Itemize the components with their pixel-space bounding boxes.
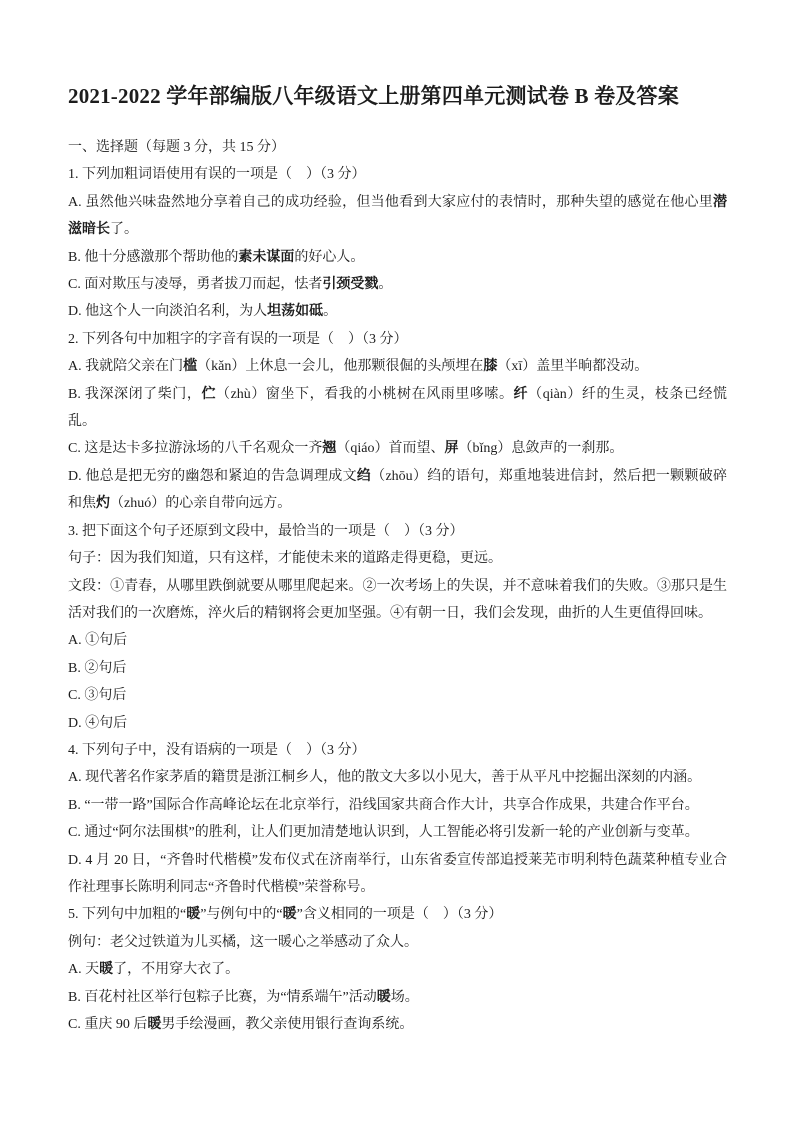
q3-option-d: D. ④句后 bbox=[68, 710, 727, 737]
text-run: B. ②句后 bbox=[68, 661, 126, 676]
text-run: B. 我深深闭了柴门， bbox=[68, 387, 201, 402]
text-run: 了。 bbox=[110, 222, 138, 237]
text-run: 的好心人。 bbox=[294, 250, 364, 265]
text-run: 例句：老父过铁道为儿买橘，这一暖心之举感动了众人。 bbox=[68, 935, 418, 950]
text-run: D. 他总是把无穷的幽怨和紧迫的告急调理成文 bbox=[68, 469, 357, 484]
text-run: B. 他十分感激那个帮助他的 bbox=[68, 250, 238, 265]
text-run: （zhuó）的心亲自带向远方。 bbox=[110, 496, 291, 511]
q1-option-b: B. 他十分感激那个帮助他的素未谋面的好心人。 bbox=[68, 244, 727, 271]
bold-term: 膝 bbox=[483, 359, 497, 374]
text-run: 1. 下列加粗词语使用有误的一项是（ ）（3 分） bbox=[68, 167, 366, 182]
text-run: A. 现代著名作家茅盾的籍贯是浙江桐乡人，他的散文大多以小见大，善于从平凡中挖掘… bbox=[68, 770, 701, 785]
q3-stem: 3. 把下面这个句子还原到文段中，最恰当的一项是（ ）（3 分） bbox=[68, 518, 727, 545]
bold-term: 素未谋面 bbox=[238, 250, 294, 265]
text-run: （qiáo）首而望、 bbox=[336, 441, 444, 456]
q4-stem: 4. 下列句子中，没有语病的一项是（ ）（3 分） bbox=[68, 737, 727, 764]
q1-option-d: D. 他这个人一向淡泊名利，为人坦荡如砥。 bbox=[68, 298, 727, 325]
bold-term: 暖 bbox=[377, 990, 391, 1005]
text-run: （xī）盖里半晌都没动。 bbox=[497, 359, 648, 374]
text-run: 。 bbox=[323, 304, 337, 319]
text-run: C. 这是达卡多拉游泳场的八千名观众一齐 bbox=[68, 441, 322, 456]
bold-term: 暖 bbox=[283, 907, 297, 922]
text-run: （bǐng）息敛声的一刹那。 bbox=[458, 441, 623, 456]
q5-option-a: A. 天暖了，不用穿大衣了。 bbox=[68, 956, 727, 983]
bold-term: 槛 bbox=[183, 359, 197, 374]
q3-passage: 文段：①青春，从哪里跌倒就要从哪里爬起来。②一次考场上的失误，并不意味着我们的失… bbox=[68, 573, 727, 628]
text-run: ”与例句中的“ bbox=[200, 907, 282, 922]
page-title: 2021-2022 学年部编版八年级语文上册第四单元测试卷 B 卷及答案 bbox=[68, 80, 727, 112]
q2-stem: 2. 下列各句中加粗字的字音有误的一项是（ ）（3 分） bbox=[68, 326, 727, 353]
q2-option-a: A. 我就陪父亲在门槛（kǎn）上休息一会儿，他那颗很倔的头颅埋在膝（xī）盖里… bbox=[68, 353, 727, 380]
text-run: A. ①句后 bbox=[68, 633, 127, 648]
text-run: D. ④句后 bbox=[68, 716, 127, 731]
text-run: D. 他这个人一向淡泊名利，为人 bbox=[68, 304, 267, 319]
bold-term: 伫 bbox=[201, 387, 216, 402]
text-run: 。 bbox=[378, 277, 392, 292]
text-run: 句子：因为我们知道，只有这样，才能使未来的道路走得更稳，更远。 bbox=[68, 551, 502, 566]
text-run: ”含义相同的一项是（ ）（3 分） bbox=[297, 907, 503, 922]
q3-sentence: 句子：因为我们知道，只有这样，才能使未来的道路走得更稳，更远。 bbox=[68, 545, 727, 572]
q5-option-b: B. 百花村社区举行包粽子比赛，为“情系端午”活动暖场。 bbox=[68, 984, 727, 1011]
text-run: A. 我就陪父亲在门 bbox=[68, 359, 183, 374]
text-run: B. 百花村社区举行包粽子比赛，为“情系端午”活动 bbox=[68, 990, 377, 1005]
q4-option-d: D. 4 月 20 日，“齐鲁时代楷模”发布仪式在济南举行，山东省委宣传部追授莱… bbox=[68, 847, 727, 902]
bold-term: 翘 bbox=[322, 441, 336, 456]
text-run: 文段：①青春，从哪里跌倒就要从哪里爬起来。②一次考场上的失误，并不意味着我们的失… bbox=[68, 579, 727, 621]
q1-option-c: C. 面对欺压与凌辱，勇者拔刀而起，怯者引颈受戮。 bbox=[68, 271, 727, 298]
bold-term: 屏 bbox=[444, 441, 458, 456]
text-run: 男手绘漫画，教父亲使用银行查询系统。 bbox=[161, 1017, 413, 1032]
bold-term: 灼 bbox=[96, 496, 110, 511]
text-run: （zhù）窗坐下，看我的小桃树在风雨里哆嗦。 bbox=[216, 387, 514, 402]
text-run: 2. 下列各句中加粗字的字音有误的一项是（ ）（3 分） bbox=[68, 332, 408, 347]
document-page: 2021-2022 学年部编版八年级语文上册第四单元测试卷 B 卷及答案 一、选… bbox=[0, 0, 793, 1122]
q4-option-c: C. 通过“阿尔法围棋”的胜利，让人们更加清楚地认识到，人工智能必将引发新一轮的… bbox=[68, 819, 727, 846]
text-run: A. 虽然他兴味盎然地分享着自己的成功经验，但当他看到大家应付的表情时，那种失望… bbox=[68, 195, 713, 210]
text-run: 3. 把下面这个句子还原到文段中，最恰当的一项是（ ）（3 分） bbox=[68, 524, 464, 539]
q2-option-c: C. 这是达卡多拉游泳场的八千名观众一齐翘（qiáo）首而望、屏（bǐng）息敛… bbox=[68, 435, 727, 462]
text-run: D. 4 月 20 日，“齐鲁时代楷模”发布仪式在济南举行，山东省委宣传部追授莱… bbox=[68, 853, 727, 895]
text-run: （kǎn）上休息一会儿，他那颗很倔的头颅埋在 bbox=[197, 359, 483, 374]
q2-option-b: B. 我深深闭了柴门，伫（zhù）窗坐下，看我的小桃树在风雨里哆嗦。纤（qiàn… bbox=[68, 381, 727, 436]
bold-term: 引颈受戮 bbox=[322, 277, 378, 292]
text-run: 5. 下列句中加粗的“ bbox=[68, 907, 186, 922]
text-run: B. “一带一路”国际合作高峰论坛在北京举行，沿线国家共商合作大计，共享合作成果… bbox=[68, 798, 699, 813]
q5-option-c: C. 重庆 90 后暖男手绘漫画，教父亲使用银行查询系统。 bbox=[68, 1011, 727, 1038]
text-run: 场。 bbox=[391, 990, 419, 1005]
q3-option-c: C. ③句后 bbox=[68, 682, 727, 709]
q4-option-a: A. 现代著名作家茅盾的籍贯是浙江桐乡人，他的散文大多以小见大，善于从平凡中挖掘… bbox=[68, 764, 727, 791]
q3-option-a: A. ①句后 bbox=[68, 627, 727, 654]
bold-term: 暖 bbox=[99, 962, 113, 977]
section-heading: 一、选择题（每题 3 分，共 15 分） bbox=[68, 134, 727, 161]
bold-term: 暖 bbox=[147, 1017, 161, 1032]
bold-term: 绉 bbox=[357, 469, 371, 484]
bold-term: 暖 bbox=[186, 907, 200, 922]
q4-option-b: B. “一带一路”国际合作高峰论坛在北京举行，沿线国家共商合作大计，共享合作成果… bbox=[68, 792, 727, 819]
text-run: C. 通过“阿尔法围棋”的胜利，让人们更加清楚地认识到，人工智能必将引发新一轮的… bbox=[68, 825, 699, 840]
text-run: C. 重庆 90 后 bbox=[68, 1017, 147, 1032]
q2-option-d: D. 他总是把无穷的幽怨和紧迫的告急调理成文绉（zhōu）绉的语句，郑重地装进信… bbox=[68, 463, 727, 518]
text-run: C. ③句后 bbox=[68, 688, 126, 703]
q1-option-a: A. 虽然他兴味盎然地分享着自己的成功经验，但当他看到大家应付的表情时，那种失望… bbox=[68, 189, 727, 244]
text-run: C. 面对欺压与凌辱，勇者拔刀而起，怯者 bbox=[68, 277, 322, 292]
bold-term: 纤 bbox=[514, 387, 529, 402]
text-run: 4. 下列句子中，没有语病的一项是（ ）（3 分） bbox=[68, 743, 366, 758]
q1-stem: 1. 下列加粗词语使用有误的一项是（ ）（3 分） bbox=[68, 161, 727, 188]
q5-example: 例句：老父过铁道为儿买橘，这一暖心之举感动了众人。 bbox=[68, 929, 727, 956]
text-run: 了，不用穿大衣了。 bbox=[113, 962, 239, 977]
q5-stem: 5. 下列句中加粗的“暖”与例句中的“暖”含义相同的一项是（ ）（3 分） bbox=[68, 901, 727, 928]
text-run: A. 天 bbox=[68, 962, 99, 977]
bold-term: 坦荡如砥 bbox=[267, 304, 323, 319]
q3-option-b: B. ②句后 bbox=[68, 655, 727, 682]
